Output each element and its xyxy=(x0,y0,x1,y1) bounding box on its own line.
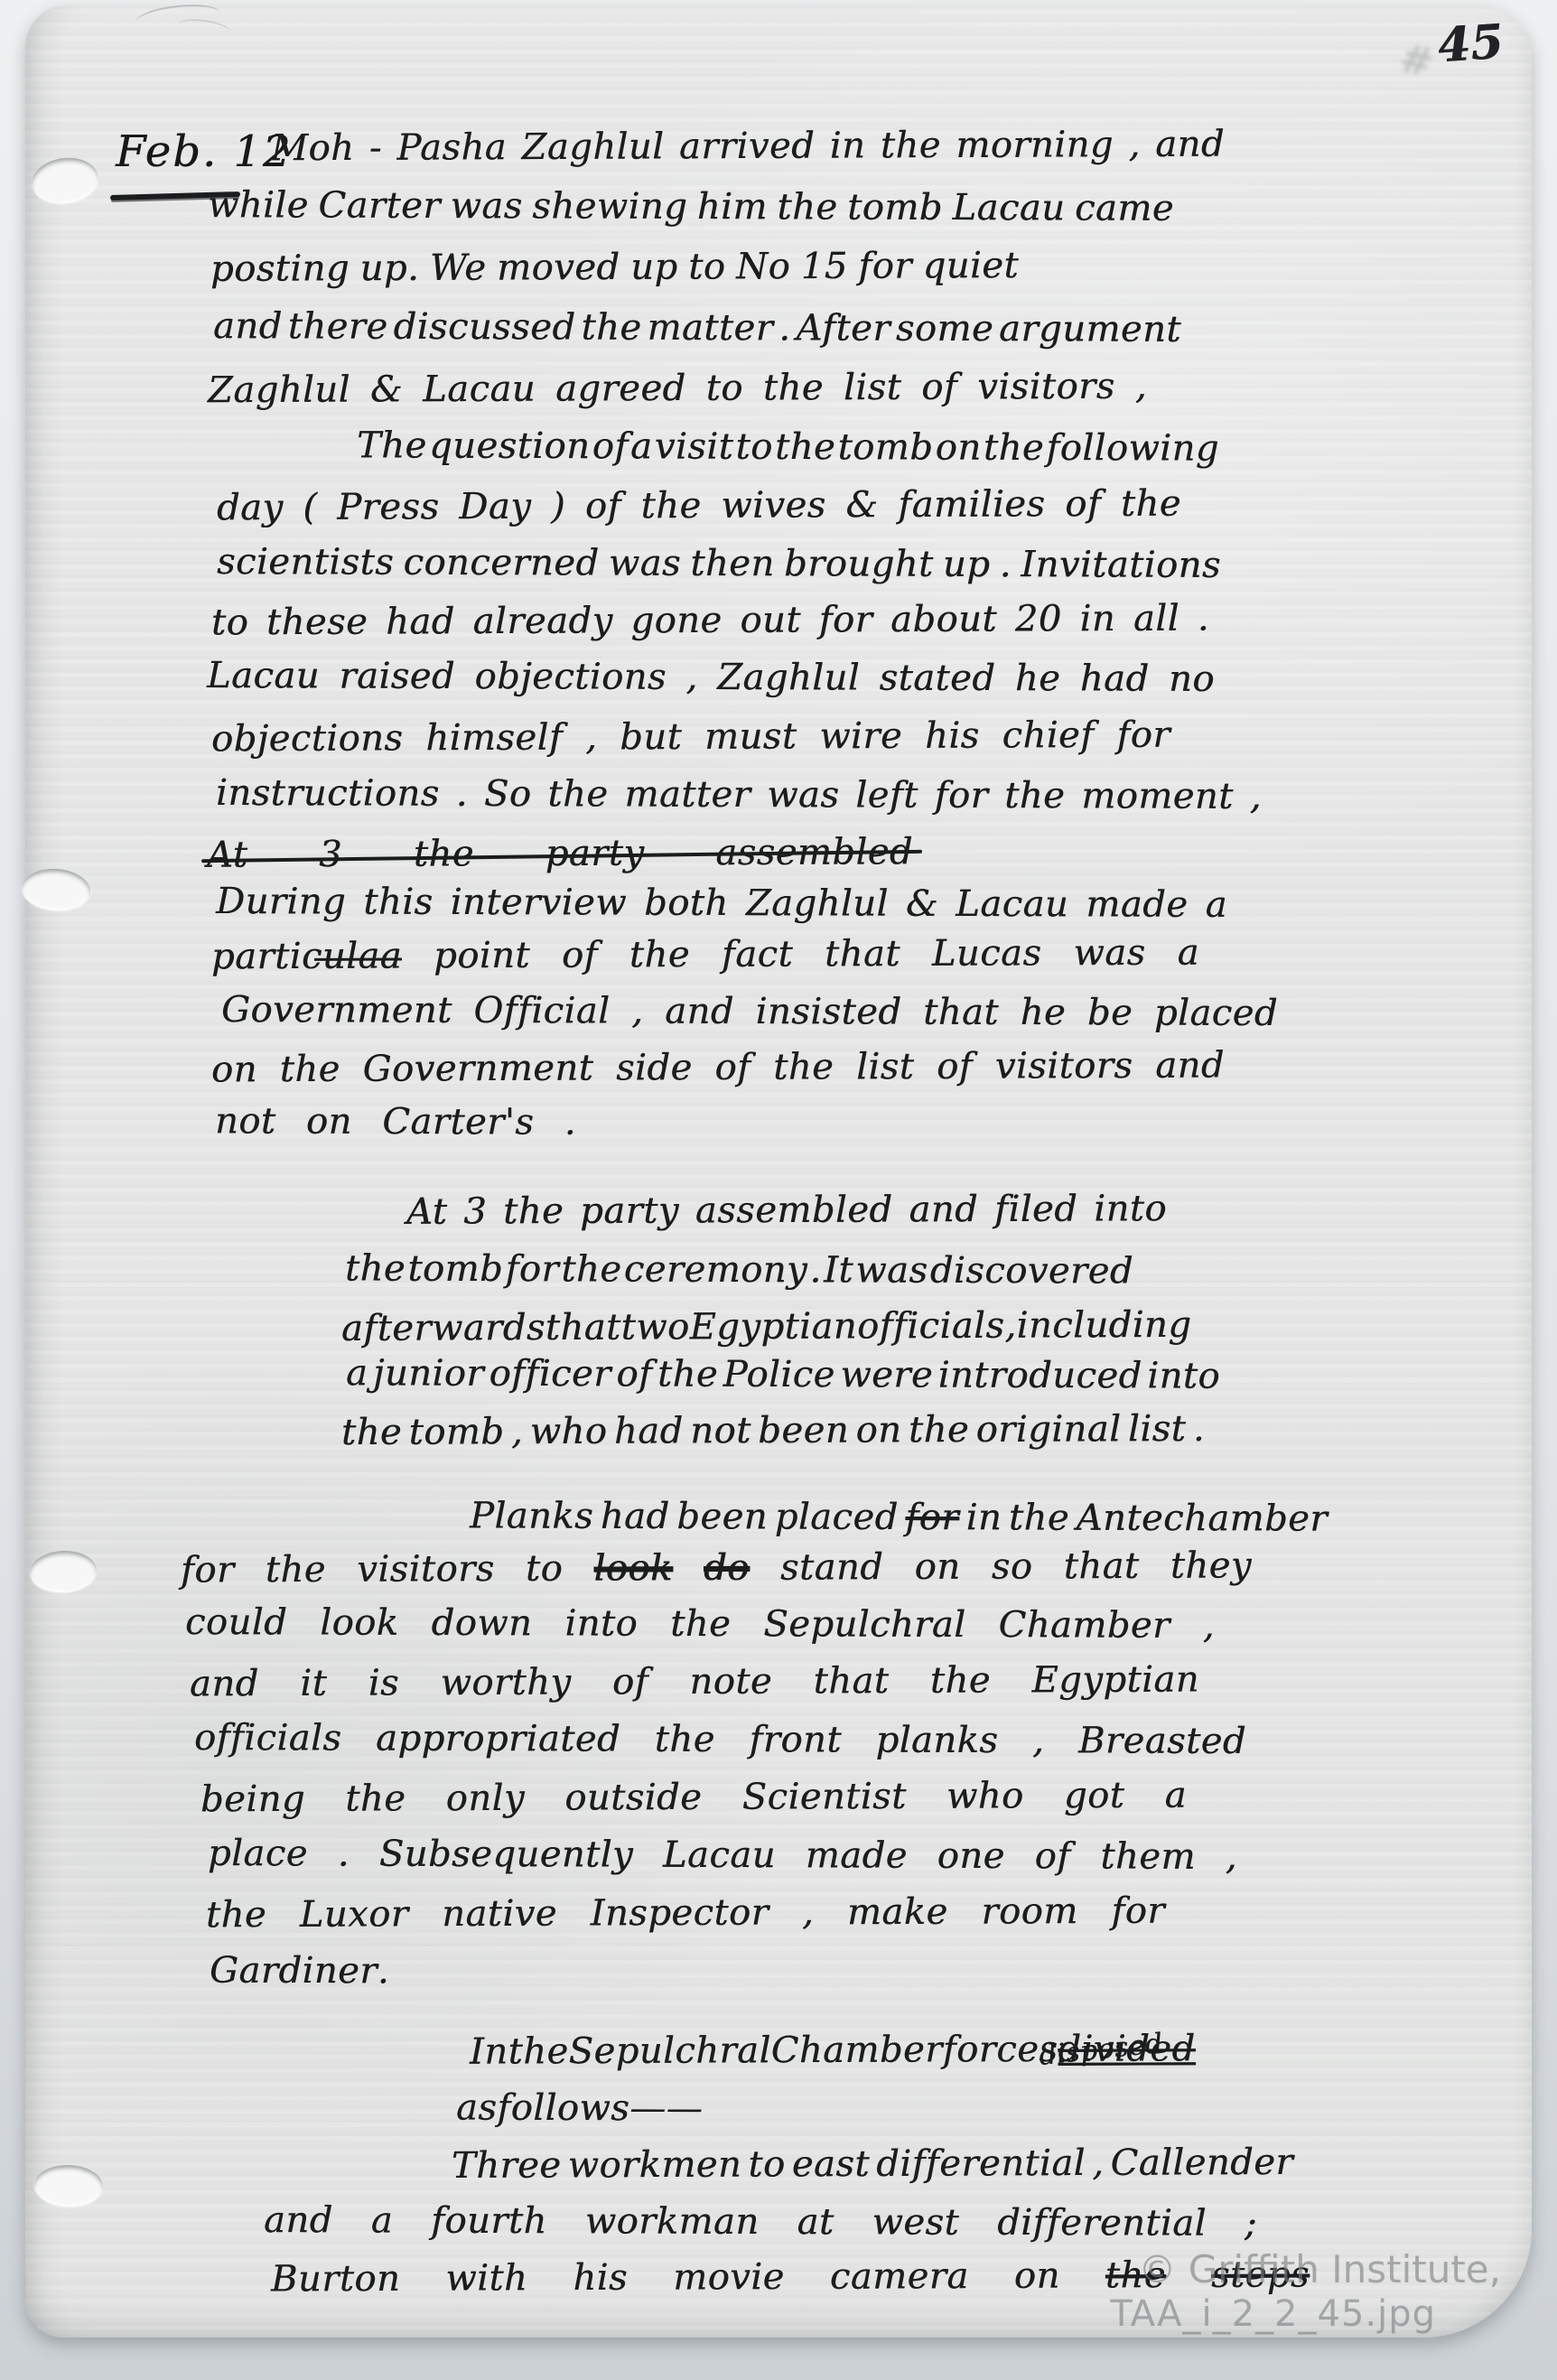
word: up xyxy=(630,246,678,289)
page-number: 45 xyxy=(1436,14,1505,74)
word: of xyxy=(714,1046,751,1089)
word: up. xyxy=(360,247,420,290)
word: ceremony xyxy=(624,1248,807,1293)
word: Government xyxy=(221,988,452,1032)
word: , xyxy=(685,656,697,699)
handwritten-line: place.SubsequentlyLacaumadeoneofthem, xyxy=(208,1832,1237,1879)
word: , xyxy=(1250,775,1262,818)
word: , xyxy=(1004,1304,1016,1348)
word: outside xyxy=(564,1776,702,1820)
struck-word: look xyxy=(593,1546,672,1590)
word: on xyxy=(915,1545,961,1589)
word: to xyxy=(706,367,743,410)
word: for xyxy=(858,245,912,288)
word: ; xyxy=(1245,2202,1257,2245)
word: the xyxy=(775,425,835,469)
page-content-layer: # 45 Feb. 12 Moh-PashaZaghlularrivedinth… xyxy=(0,0,1557,2380)
word: the xyxy=(909,1408,969,1451)
word: with xyxy=(445,2256,527,2300)
word: were xyxy=(840,1353,933,1396)
word: At xyxy=(406,1190,447,1234)
word: afterwards xyxy=(341,1306,545,1350)
word: . xyxy=(1000,543,1012,586)
word: . xyxy=(338,1833,350,1876)
word: of xyxy=(562,934,598,977)
handwritten-line: At3thepartyassembled xyxy=(207,830,913,876)
word: Lacau xyxy=(663,1834,776,1877)
word: fact xyxy=(722,933,793,976)
word: the xyxy=(881,124,941,167)
word: Scientist xyxy=(742,1775,907,1819)
word: , xyxy=(1226,1835,1237,1879)
word: Three xyxy=(452,2144,562,2189)
word: was xyxy=(767,773,839,817)
punch-hole xyxy=(33,2164,104,2208)
word: to xyxy=(526,1547,563,1591)
word: a xyxy=(1177,931,1199,975)
word: must xyxy=(704,714,797,758)
word: they xyxy=(1170,1544,1252,1587)
word: ) xyxy=(551,485,565,528)
handwritten-line: Zaghlul&Lacauagreedtothelistofvisitors, xyxy=(208,365,1147,413)
word: original xyxy=(975,1407,1121,1451)
word: himself xyxy=(425,716,563,761)
word: No xyxy=(736,245,790,288)
word: Lucas xyxy=(932,931,1042,975)
word: the xyxy=(503,1190,564,1233)
word: into xyxy=(1094,1187,1167,1230)
word: , xyxy=(511,1410,523,1453)
word: , xyxy=(1092,2142,1104,2185)
word: on xyxy=(306,1100,352,1143)
word: following xyxy=(1046,426,1219,471)
word: assembled xyxy=(715,830,913,874)
handwritten-line: tothesehadalreadygoneoutforabout20inall. xyxy=(211,597,1209,645)
word: a xyxy=(371,2198,394,2242)
word: the xyxy=(561,1247,621,1291)
word: and xyxy=(264,2198,333,2242)
word: to xyxy=(211,601,248,644)
word: these xyxy=(266,601,368,644)
word: made xyxy=(1086,882,1188,926)
word: agreed xyxy=(555,367,686,411)
word: party xyxy=(545,832,645,875)
word: for xyxy=(1116,714,1170,757)
word: had xyxy=(386,600,455,643)
word: the xyxy=(984,426,1044,470)
handwritten-line: forthevisitorstolookdostandonsothatthey xyxy=(181,1544,1252,1591)
word: he xyxy=(1021,991,1067,1034)
word: 3 xyxy=(319,833,342,876)
word: Invitations xyxy=(1021,543,1221,587)
handwritten-line: ajuniorofficerofthePolicewereintroducedi… xyxy=(346,1351,1220,1397)
word: east xyxy=(792,2142,870,2186)
handwritten-line: beingtheonlyoutsideScientistwhogota xyxy=(200,1774,1187,1822)
word: introduced xyxy=(938,1354,1142,1398)
word: for xyxy=(505,1247,559,1291)
word: Burton xyxy=(271,2257,400,2301)
word: the xyxy=(1004,774,1065,817)
word: could xyxy=(185,1601,287,1644)
handwritten-line: GovernmentOfficial,andinsistedthathebepl… xyxy=(221,988,1278,1035)
word: differential xyxy=(876,2142,1086,2186)
word: officer xyxy=(489,1352,611,1395)
word: , xyxy=(585,715,597,759)
word: . xyxy=(378,1949,389,1993)
word: - xyxy=(369,126,382,170)
handwritten-line: Gardiner. xyxy=(210,1949,389,1993)
word: ( xyxy=(303,486,317,529)
word: party xyxy=(580,1190,679,1233)
word: into xyxy=(564,1601,638,1645)
word: room xyxy=(981,1890,1077,1933)
word: on xyxy=(211,1048,257,1091)
word: wives xyxy=(721,483,826,527)
word: stated xyxy=(879,657,995,700)
word: it xyxy=(300,1662,327,1705)
word: for xyxy=(1111,1890,1165,1933)
word: in xyxy=(966,1496,1002,1539)
word: families xyxy=(898,482,1045,527)
word: wire xyxy=(819,714,902,758)
word: The xyxy=(357,424,427,467)
word: follows xyxy=(497,2086,629,2131)
word: placed xyxy=(1154,992,1278,1035)
word: . xyxy=(809,1248,821,1292)
word: out xyxy=(740,599,801,642)
word: list xyxy=(844,366,901,409)
word: that xyxy=(813,1659,889,1703)
word: list xyxy=(1128,1407,1186,1451)
word: & xyxy=(845,483,878,527)
struck-word: for xyxy=(905,1496,959,1539)
word: Egyptian xyxy=(1031,1658,1199,1703)
word: . xyxy=(778,306,790,350)
handwritten-line: PlankshadbeenplacedforintheAntechamber xyxy=(470,1494,1328,1540)
word: a xyxy=(630,425,653,468)
handwritten-line: Moh-PashaZaghlularrivedinthemorning,and xyxy=(271,123,1225,171)
word: quiet xyxy=(922,244,1019,287)
word: only xyxy=(446,1777,525,1820)
word: During xyxy=(216,880,346,924)
word: gone xyxy=(630,599,722,642)
word: both xyxy=(644,882,729,925)
word: that xyxy=(1064,1545,1140,1588)
word: who xyxy=(530,1410,608,1453)
word: the xyxy=(508,2030,568,2073)
word: had xyxy=(601,1495,670,1538)
word: tomb xyxy=(837,425,933,469)
word: . xyxy=(1198,597,1209,640)
word: In xyxy=(470,2030,508,2074)
word: the xyxy=(670,1602,731,1646)
erased-page-number-smudge: # xyxy=(1395,35,1438,88)
word: but xyxy=(620,715,682,759)
word: objections xyxy=(474,655,667,699)
word: and xyxy=(909,1188,978,1231)
word: officials xyxy=(857,1304,1005,1349)
word: while xyxy=(208,183,309,227)
word: Official xyxy=(473,989,610,1033)
word: had xyxy=(614,1409,684,1452)
word: planks xyxy=(875,1719,998,1762)
word: At xyxy=(207,834,247,877)
copyright-watermark: © Griffith Institute, TAA_i_2_2_45.jpg xyxy=(1110,2247,1501,2336)
handwritten-line: officialsappropriatedthefrontplanks,Brea… xyxy=(194,1716,1246,1763)
handwritten-line: notonCarter's. xyxy=(215,1099,576,1143)
word: the xyxy=(1009,1496,1069,1539)
handwritten-line: whileCarterwasshewinghimthetombLacaucame xyxy=(208,183,1174,230)
word: movie xyxy=(673,2255,785,2300)
word: Planks xyxy=(470,1494,593,1537)
punch-hole xyxy=(29,154,101,208)
word: , xyxy=(1032,1719,1044,1762)
word: up xyxy=(943,543,991,586)
word: not xyxy=(690,1409,751,1452)
word: concerned xyxy=(403,541,599,585)
word: Antechamber xyxy=(1077,1497,1328,1541)
word: native xyxy=(442,1892,557,1937)
word: the xyxy=(930,1659,991,1703)
struck-word: do xyxy=(704,1546,750,1590)
word: for xyxy=(935,774,989,817)
word: Carter's xyxy=(382,1100,534,1144)
word: be xyxy=(1087,991,1133,1034)
word: matter xyxy=(624,773,751,817)
word: visit xyxy=(655,425,733,468)
word: Subsequently xyxy=(379,1833,633,1877)
handwritten-line: Thequestionofavisittothetombonthefollowi… xyxy=(357,424,1219,470)
handwritten-line: Lacauraisedobjections,Zaghlulstatedhehad… xyxy=(207,654,1215,701)
word: Gardiner xyxy=(210,1949,378,1993)
handwritten-line: particulaapointofthefactthatLucaswasa xyxy=(211,931,1199,979)
word: the xyxy=(280,1048,340,1091)
word: the xyxy=(547,772,608,816)
word: that xyxy=(545,1306,621,1349)
word: the xyxy=(345,1777,406,1820)
word: the xyxy=(266,1548,326,1591)
word: particulaa xyxy=(211,934,402,978)
word: insisted xyxy=(756,990,902,1034)
word: Breasted xyxy=(1078,1719,1246,1763)
word: placed xyxy=(775,1496,899,1539)
word: brought xyxy=(784,542,934,586)
word: to xyxy=(688,245,725,288)
word: as xyxy=(456,2086,498,2130)
word: the xyxy=(657,1353,718,1396)
word: tomb xyxy=(409,1410,505,1453)
word: the xyxy=(777,185,837,229)
handwritten-line: At3thepartyassembledandfiledinto xyxy=(406,1187,1167,1234)
word: & xyxy=(370,368,403,411)
handwritten-line: Threeworkmentoeastdifferential,Callender xyxy=(452,2141,1293,2188)
word: of xyxy=(612,1660,648,1703)
word: all xyxy=(1133,597,1179,640)
word: , xyxy=(1203,1604,1215,1647)
word: question xyxy=(429,425,590,469)
word: arrived xyxy=(679,125,815,169)
word: front xyxy=(749,1718,842,1761)
word: chief xyxy=(1002,714,1094,757)
word: . xyxy=(456,772,468,816)
handwritten-line: instructions.Sothematterwasleftforthemom… xyxy=(216,771,1262,818)
word: then xyxy=(690,542,774,585)
word: stand xyxy=(780,1545,884,1589)
word: Carter xyxy=(318,184,441,228)
word: day xyxy=(217,486,284,529)
word: We xyxy=(430,247,487,290)
word: place xyxy=(208,1832,308,1875)
word: Zaghlul xyxy=(521,125,664,169)
handwritten-line: asfollows—— xyxy=(456,2086,691,2131)
handwritten-line: andafourthworkmanatwestdifferential; xyxy=(264,2198,1257,2245)
word: not xyxy=(215,1099,276,1143)
word: and xyxy=(1155,123,1225,166)
word: filed xyxy=(994,1188,1077,1231)
word: junior xyxy=(373,1351,484,1395)
word: , xyxy=(802,1890,814,1934)
watermark-filename-line: TAA_i_2_2_45.jpg xyxy=(1110,2292,1436,2336)
word: on xyxy=(1014,2254,1060,2298)
word: in xyxy=(830,124,866,167)
word: workmen xyxy=(568,2143,742,2188)
word: so xyxy=(992,1545,1033,1588)
word: is xyxy=(368,1661,400,1704)
word: at xyxy=(797,2200,834,2244)
word: this xyxy=(363,881,433,924)
word: of xyxy=(616,1352,652,1395)
word: had xyxy=(1080,657,1150,700)
word: and xyxy=(213,304,283,348)
word: officials xyxy=(194,1716,342,1760)
word: already xyxy=(473,599,613,643)
word: two xyxy=(621,1305,690,1349)
word: assembled xyxy=(695,1188,893,1232)
word: one xyxy=(937,1834,1005,1878)
punch-hole xyxy=(20,866,91,912)
word: the xyxy=(341,1411,402,1454)
word: look xyxy=(320,1601,398,1645)
word: west xyxy=(872,2200,959,2244)
word: worthy xyxy=(440,1661,571,1705)
handwritten-line: postingup.WemoveduptoNo15forquiet xyxy=(210,244,1019,291)
word: , xyxy=(1128,123,1140,166)
word: of xyxy=(937,1045,973,1088)
word: and xyxy=(1155,1044,1225,1087)
word: including xyxy=(1016,1303,1191,1348)
word: point xyxy=(434,934,530,977)
word: side xyxy=(616,1046,693,1089)
word: Callender xyxy=(1111,2141,1294,2185)
word: on xyxy=(855,1408,901,1451)
word: the xyxy=(581,306,641,350)
word: , xyxy=(631,990,643,1033)
word: that xyxy=(825,932,900,975)
word: for xyxy=(819,598,873,641)
word: was xyxy=(450,184,522,228)
word: moved xyxy=(497,246,620,290)
punch-hole xyxy=(29,1549,98,1594)
word: Luxor xyxy=(300,1892,409,1937)
word: his xyxy=(573,2256,628,2300)
word: him xyxy=(697,185,768,229)
word: of xyxy=(1035,1834,1071,1878)
word: the xyxy=(1121,482,1181,526)
handwritten-line: scientistsconcernedwasthenbroughtup.Invi… xyxy=(217,540,1221,587)
word: them xyxy=(1100,1834,1196,1878)
word: visitors xyxy=(995,1044,1133,1088)
word: 3 xyxy=(463,1190,487,1233)
word: a xyxy=(1206,883,1228,927)
word: was xyxy=(1073,931,1145,975)
word: Sepulchral xyxy=(568,2029,770,2073)
word: and xyxy=(190,1662,259,1705)
word: fourth xyxy=(431,2199,547,2243)
word: of xyxy=(921,366,957,409)
word: shewing xyxy=(532,184,687,229)
handwritten-line: day(PressDay)ofthewives&familiesofthe xyxy=(217,482,1181,530)
handwritten-line: objectionshimself,butmustwirehischieffor xyxy=(211,714,1170,761)
word: about xyxy=(890,598,997,642)
word: tomb xyxy=(407,1247,503,1291)
handwritten-line: theLuxornativeInspector,makeroomfor xyxy=(206,1890,1165,1937)
word: his xyxy=(925,714,980,758)
word: came xyxy=(1075,186,1174,229)
word: got xyxy=(1064,1774,1124,1817)
word: argument xyxy=(999,307,1181,351)
word: note xyxy=(689,1660,772,1703)
word: tomb xyxy=(847,186,943,229)
word: Pasha xyxy=(396,126,507,170)
word: instructions xyxy=(216,771,440,816)
word: It xyxy=(824,1248,853,1292)
word: . xyxy=(564,1101,576,1144)
word: made xyxy=(806,1834,908,1877)
word: camera xyxy=(830,2254,969,2299)
handwritten-line: thetombfortheceremony.Itwasdiscovered xyxy=(345,1246,1133,1293)
word: Zaghlul xyxy=(208,369,350,413)
word: Day xyxy=(459,485,531,528)
word: list xyxy=(856,1045,914,1088)
word: make xyxy=(847,1890,948,1934)
word: moment xyxy=(1081,774,1234,818)
word: a xyxy=(346,1351,368,1395)
word: the xyxy=(206,1893,266,1937)
date-heading: Feb. 12 xyxy=(116,126,292,177)
word: been xyxy=(758,1409,849,1452)
word: After xyxy=(796,306,890,350)
handwritten-line: thetomb,whohadnotbeenontheoriginallist. xyxy=(341,1407,1205,1454)
word: matter xyxy=(647,306,773,350)
word: he xyxy=(1015,657,1061,700)
handwritten-line: couldlookdownintotheSepulchralChamber, xyxy=(185,1601,1215,1647)
word: Moh xyxy=(271,126,355,170)
word: appropriated xyxy=(376,1717,620,1761)
word: into xyxy=(1147,1354,1220,1397)
word: no xyxy=(1169,658,1215,701)
word: the xyxy=(414,832,474,875)
word: workman xyxy=(585,2199,760,2244)
word: —— xyxy=(629,2086,703,2130)
word: the xyxy=(655,1718,715,1761)
handwritten-line: andtherediscussedthematter.Aftersomeargu… xyxy=(213,304,1181,351)
word: of xyxy=(592,425,629,468)
word: 15 xyxy=(801,245,848,288)
word: that xyxy=(923,991,999,1034)
pencil-scuff-mark xyxy=(176,16,232,42)
word: the xyxy=(773,1045,834,1088)
word: discussed xyxy=(393,305,575,350)
